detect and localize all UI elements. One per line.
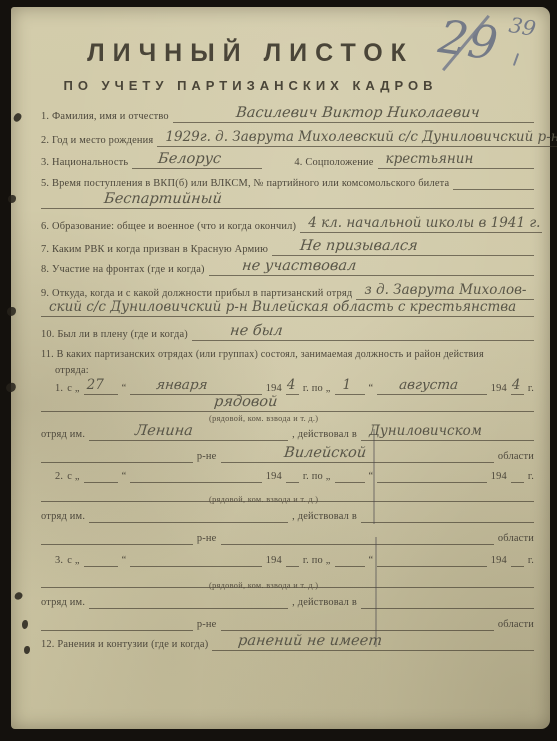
printed-label: г. <box>528 471 534 483</box>
field-row-nationality-social: 3. Национальность Белорус 4. Соцположени… <box>41 153 534 169</box>
printed-label: , действовал в <box>292 511 357 523</box>
printed-label: с „ <box>67 471 79 483</box>
printed-label: “ <box>369 555 374 567</box>
printed-label: с „ <box>67 555 79 567</box>
handwritten-day: 27 <box>84 377 106 394</box>
service-entry-position: рядовой <box>41 396 534 412</box>
handwritten-value: Не призывался <box>291 239 420 255</box>
printed-label: , действовал в <box>292 597 357 609</box>
field-label: 4. Соцположение <box>294 157 373 169</box>
punch-hole <box>24 646 30 654</box>
document-title: ЛИЧНЫЙ ЛИСТОК <box>11 39 490 68</box>
printed-label: области <box>498 619 534 631</box>
position-caption: (рядовой, ком. взвода и т. д.) <box>209 581 318 590</box>
entry-number: 3. <box>55 555 63 567</box>
field-label: 5. Время поступления в ВКП(б) или ВЛКСМ,… <box>41 178 449 190</box>
field-row-education: 6. Образование: общее и военное (что и к… <box>41 217 534 233</box>
paper-crease <box>375 537 377 647</box>
field-label: 8. Участие на фронтах (где и когда) <box>41 264 205 276</box>
ink-blot <box>12 112 22 123</box>
handwritten-value: ский с/с Дуниловичский р-н Вилейская обл… <box>41 299 518 316</box>
document-subtitle: ПО УЧЕТУ ПАРТИЗАНСКИХ КАДРОВ <box>11 78 490 93</box>
printed-label: области <box>498 451 534 463</box>
printed-label: “ <box>122 471 127 483</box>
handwritten-year-digit: 4 <box>511 377 521 394</box>
field-row-detachments-heading: 11. В каких партизанских отрядах (или гр… <box>41 345 534 361</box>
page-number: 39 <box>507 13 537 41</box>
printed-label: области <box>498 533 534 545</box>
printed-label: “ <box>122 555 127 567</box>
printed-label: отряд им. <box>41 429 85 441</box>
printed-label: г. <box>528 555 534 567</box>
handwritten-month: августа <box>391 379 462 394</box>
handwritten-value: 1929г. д. Заврута Михолевский с/с Дунило… <box>157 129 557 146</box>
field-row-party: 5. Время поступления в ВКП(б) или ВЛКСМ,… <box>41 174 534 190</box>
printed-label: 194 <box>266 471 282 483</box>
field-label: 11. В каких партизанских отрядах (или гр… <box>41 349 484 361</box>
handwritten-value: крестьянин <box>378 151 476 168</box>
field-row-captivity: 10. Был ли в плену (где и когда) не был <box>41 325 534 341</box>
field-row-fronts: 8. Участие на фронтах (где и когда) не у… <box>41 260 534 276</box>
field-row-detachments-heading2: отряда: <box>41 361 534 377</box>
handwritten-position: рядовой <box>205 395 280 411</box>
field-label: 2. Год и место рождения <box>41 135 153 147</box>
handwritten-value: Василевич Виктор Николаевич <box>227 106 482 122</box>
service-entry-region: р-не области <box>41 615 534 631</box>
ink-blot <box>13 591 24 602</box>
printed-label: отряд им. <box>41 511 85 523</box>
field-label: 12. Ранения и контузии (где и когда) <box>41 639 208 651</box>
field-label: 7. Каким РВК и когда призван в Красную А… <box>41 244 268 256</box>
printed-label: 194 <box>266 555 282 567</box>
field-row-rvk: 7. Каким РВК и когда призван в Красную А… <box>41 240 534 256</box>
handwritten-value: з д. Заврута Михолов- <box>356 282 528 299</box>
field-row-surname: 1. Фамилия, имя и отчество Василевич Вик… <box>41 107 534 123</box>
handwritten-month: января <box>148 379 211 394</box>
service-entry-region: р-не области <box>41 529 534 545</box>
paper-crease <box>373 429 375 524</box>
handwritten-value: Белорус <box>150 152 225 168</box>
printed-label: отряд им. <box>41 597 85 609</box>
printed-label: , действовал в <box>292 429 357 441</box>
printed-label: 194 <box>491 471 507 483</box>
handwritten-otryad-name: Ленина <box>126 424 195 440</box>
printed-label: р-не <box>197 533 217 545</box>
handwritten-value: 4 кл. начальной школы в 1941 г. <box>300 215 542 232</box>
service-entry-otryad: отряд им. , действовал в <box>41 593 534 609</box>
field-label: 6. Образование: общее и военное (что и к… <box>41 221 296 233</box>
service-entry-otryad: отряд им. Ленина , действовал в Дунилови… <box>41 425 534 441</box>
field-row-birth: 2. Год и место рождения 1929г. д. Заврут… <box>41 131 534 147</box>
printed-label: р-не <box>197 451 217 463</box>
handwritten-value: не участвовал <box>233 259 359 275</box>
field-row-party-answer: Беспартийный <box>41 193 534 209</box>
handwritten-value: ранений не имеет <box>230 634 386 650</box>
field-label: 10. Был ли в плену (где и когда) <box>41 329 188 341</box>
printed-label: 194 <box>491 555 507 567</box>
position-caption: (рядовой, ком. взвода и т. д.) <box>209 495 318 504</box>
ink-blot <box>7 307 16 316</box>
field-label: 3. Национальность <box>41 157 128 169</box>
printed-label: г. по „ <box>303 555 331 567</box>
ink-blot <box>5 382 17 393</box>
pencil-tick <box>513 53 519 66</box>
handwritten-acted-in: Дуниловичском <box>361 423 484 440</box>
handwritten-day <box>84 465 94 482</box>
handwritten-day: 1 <box>335 377 354 394</box>
handwritten-year-digit: 4 <box>286 377 296 394</box>
field-row-origin-continued: ский с/с Дуниловичский р-н Вилейская обл… <box>41 301 534 317</box>
field-row-wounds: 12. Ранения и контузии (где и когда) ран… <box>41 635 534 651</box>
document-page: 29 39 ЛИЧНЫЙ ЛИСТОК ПО УЧЕТУ ПАРТИЗАНСКИ… <box>11 7 550 729</box>
printed-label: г. по „ <box>303 471 331 483</box>
service-entry-region: р-не Вилейской области <box>41 447 534 463</box>
handwritten-value: не был <box>221 324 285 340</box>
service-entry-dates: 3. с „ “ 194 г. по „ “ 194 г. <box>55 551 534 567</box>
service-entry-otryad: отряд им. , действовал в <box>41 507 534 523</box>
handwritten-oblast: Вилейской <box>275 446 369 462</box>
entry-number: 2. <box>55 471 63 483</box>
ink-blot <box>8 195 16 203</box>
field-label: 1. Фамилия, имя и отчество <box>41 111 169 123</box>
service-entry-dates: 2. с „ “ 194 г. по „ “ 194 г. <box>55 467 534 483</box>
punch-hole <box>22 620 28 629</box>
printed-label: р-не <box>197 619 217 631</box>
handwritten-value: Беспартийный <box>95 192 224 208</box>
